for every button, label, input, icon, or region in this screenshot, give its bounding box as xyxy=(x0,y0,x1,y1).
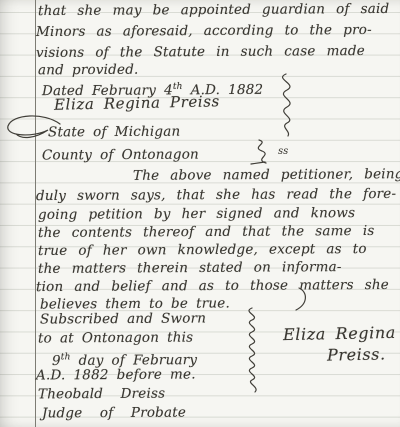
jurat-brace-squiggle xyxy=(232,306,262,398)
jurat-line: A.D. 1882 before me. xyxy=(36,367,196,384)
petitioner-signature: Eliza Regina Preiss xyxy=(54,93,220,112)
signature-name-line2: Preiss. xyxy=(327,346,386,363)
affidavit-line: the matters therein stated on informa- xyxy=(38,259,342,277)
petition-line: that she may be appointed guardian of sa… xyxy=(38,1,389,19)
handwritten-document-page: that she may be appointed guardian of sa… xyxy=(0,0,400,427)
venue-state: State of Michigan xyxy=(48,124,180,141)
venue-county: County of Ontonagon xyxy=(42,147,199,164)
ss-brace-squiggle xyxy=(243,138,277,168)
affidavit-line: the contents thereof and that the same i… xyxy=(38,223,375,241)
jurat-line: Subscribed and Sworn xyxy=(40,310,206,327)
margin-rule-line xyxy=(35,0,36,427)
signature-name-line1: Eliza Regina xyxy=(283,325,396,343)
affidavit-line: true of her own knowledge, except as to xyxy=(38,241,367,259)
closing-flourish xyxy=(292,286,312,312)
jurat-day-ordinal: th xyxy=(61,352,71,362)
affidavit-line: going petition by her signed and knows xyxy=(38,205,355,223)
affidavit-line: The above named petitioner, being xyxy=(133,166,400,184)
officer-name: Theobald Dreiss xyxy=(38,386,165,403)
affidavit-line: tion and belief and as to those matters … xyxy=(36,277,389,295)
jurat-line: to at Ontonagon this xyxy=(38,330,193,347)
ss-label: ss xyxy=(278,146,288,157)
petition-line: Minors as aforesaid, according to the pr… xyxy=(36,22,372,40)
petition-line: visions of the Statute in such case made xyxy=(36,43,365,61)
officer-title: Judge of Probate xyxy=(42,405,186,422)
petition-line: and provided. xyxy=(38,62,139,79)
affidavit-line: duly sworn says, that she has read the f… xyxy=(36,186,396,204)
dated-ordinal: th xyxy=(173,82,183,92)
flourish-squiggle-vertical xyxy=(262,70,296,142)
